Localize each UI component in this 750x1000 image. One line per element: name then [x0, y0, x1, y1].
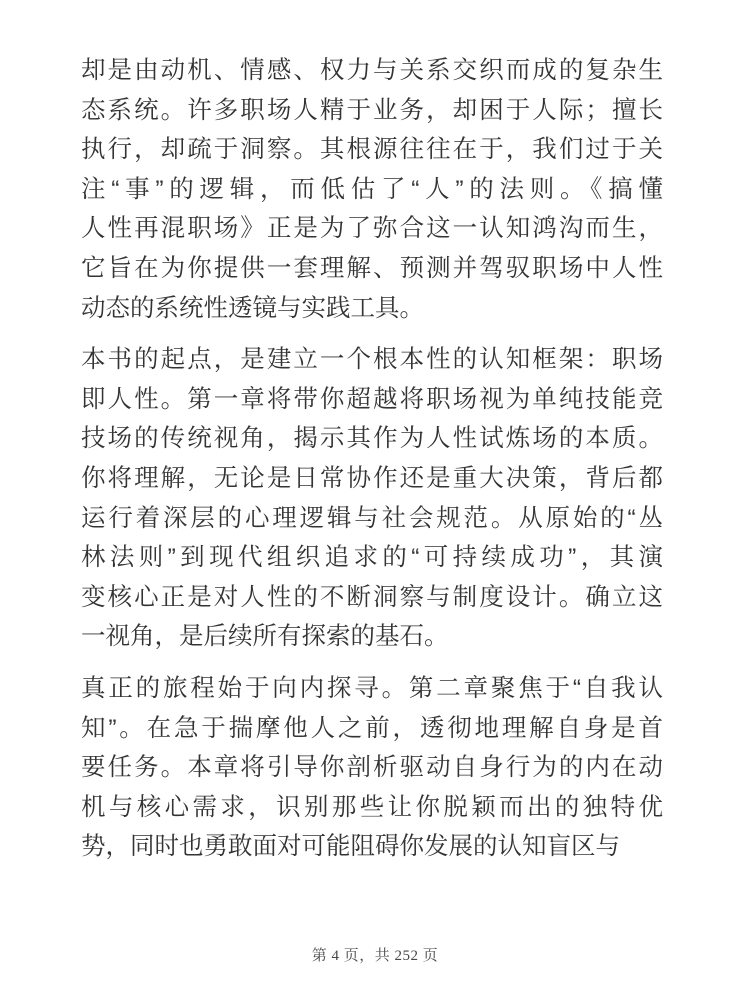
- text-line: 人性再混职场》正是为了弥合这一认知鸿沟而生，: [81, 209, 663, 249]
- text-line: 你将理解，无论是日常协作还是重大决策，背后都: [81, 459, 663, 499]
- text-line: 它旨在为你提供一套理解、预测并驾驭职场中人性: [81, 249, 663, 289]
- text-line: 本书的起点，是建立一个根本性的认知框架：职场: [81, 340, 663, 380]
- text-line: 要任务。本章将引导你剖析驱动自身行为的内在动: [81, 748, 663, 788]
- text-line: 真正的旅程始于向内探寻。第二章聚焦于“自我认: [81, 669, 663, 709]
- text-line: 注“事”的逻辑，而低估了“人”的法则。《搞懂: [81, 170, 663, 210]
- paragraph: 却是由动机、情感、权力与关系交织而成的复杂生态系统。许多职场人精于业务，却困于人…: [81, 51, 663, 328]
- text-line: 动态的系统性透镜与实践工具。: [81, 289, 663, 329]
- text-line: 即人性。第一章将带你超越将职场视为单纯技能竞: [81, 380, 663, 420]
- text-line: 态系统。许多职场人精于业务，却困于人际；擅长: [81, 91, 663, 131]
- text-line: 运行着深层的心理逻辑与社会规范。从原始的“丛: [81, 499, 663, 539]
- text-line: 执行，却疏于洞察。其根源往往在于，我们过于关: [81, 130, 663, 170]
- text-line: 知”。在急于揣摩他人之前，透彻地理解自身是首: [81, 709, 663, 749]
- paragraph: 真正的旅程始于向内探寻。第二章聚焦于“自我认知”。在急于揣摩他人之前，透彻地理解…: [81, 669, 663, 867]
- page-footer: 第 4 页，共 252 页: [0, 946, 750, 966]
- page-indicator: 第 4 页，共 252 页: [312, 948, 439, 964]
- text-line: 却是由动机、情感、权力与关系交织而成的复杂生: [81, 51, 663, 91]
- document-page: 却是由动机、情感、权力与关系交织而成的复杂生态系统。许多职场人精于业务，却困于人…: [0, 0, 750, 1000]
- text-line: 一视角，是后续所有探索的基石。: [81, 617, 663, 657]
- text-line: 势，同时也勇敢面对可能阻碍你发展的认知盲区与: [81, 827, 663, 867]
- body-text: 却是由动机、情感、权力与关系交织而成的复杂生态系统。许多职场人精于业务，却困于人…: [81, 51, 663, 879]
- text-line: 技场的传统视角，揭示其作为人性试炼场的本质。: [81, 419, 663, 459]
- text-line: 机与核心需求，识别那些让你脱颖而出的独特优: [81, 788, 663, 828]
- text-line: 变核心正是对人性的不断洞察与制度设计。确立这: [81, 578, 663, 618]
- text-line: 林法则”到现代组织追求的“可持续成功”，其演: [81, 538, 663, 578]
- paragraph: 本书的起点，是建立一个根本性的认知框架：职场即人性。第一章将带你超越将职场视为单…: [81, 340, 663, 657]
